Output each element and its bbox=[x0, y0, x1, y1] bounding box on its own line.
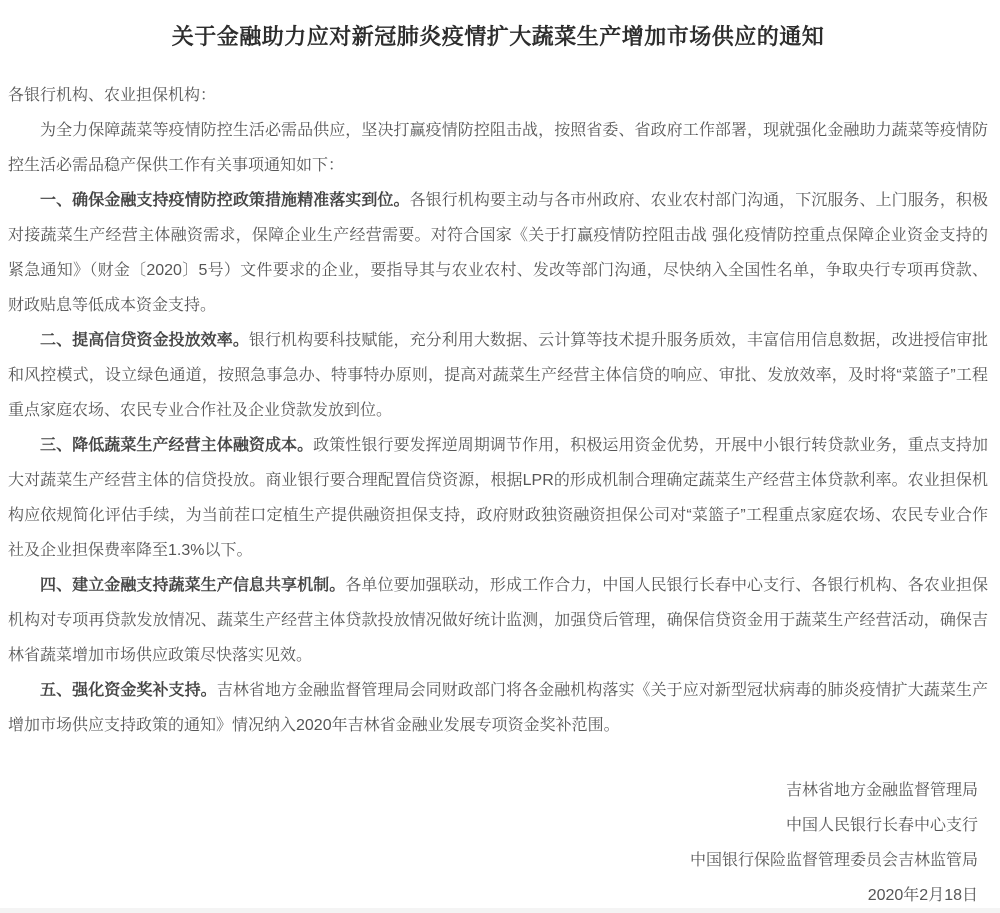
section-5: 五、强化资金奖补支持。吉林省地方金融监督管理局会同财政部门将各金融机构落实《关于… bbox=[8, 673, 988, 743]
signature-line-3: 中国银行保险监督管理委员会吉林监管局 bbox=[8, 843, 978, 878]
signature-line-2: 中国人民银行长春中心支行 bbox=[8, 808, 978, 843]
section-4-heading: 四、建立金融支持蔬菜生产信息共享机制。 bbox=[40, 577, 345, 594]
section-5-heading: 五、强化资金奖补支持。 bbox=[40, 682, 217, 699]
section-3-body: 政策性银行要发挥逆周期调节作用，积极运用资金优势，开展中小银行转贷款业务，重点支… bbox=[8, 437, 988, 559]
section-1: 一、确保金融支持疫情防控政策措施精准落实到位。各银行机构要主动与各市州政府、农业… bbox=[8, 183, 988, 323]
signature-line-1: 吉林省地方金融监督管理局 bbox=[8, 773, 978, 808]
document-title: 关于金融助力应对新冠肺炎疫情扩大蔬菜生产增加市场供应的通知 bbox=[48, 22, 948, 52]
section-2-heading: 二、提高信贷资金投放效率。 bbox=[40, 332, 249, 349]
page-bottom-edge bbox=[0, 908, 1000, 913]
section-3-heading: 三、降低蔬菜生产经营主体融资成本。 bbox=[40, 437, 313, 454]
section-1-body: 各银行机构要主动与各市州政府、农业农村部门沟通，下沉服务、上门服务，积极对接蔬菜… bbox=[8, 192, 988, 314]
section-4: 四、建立金融支持蔬菜生产信息共享机制。各单位要加强联动，形成工作合力，中国人民银… bbox=[8, 568, 988, 673]
notice-document: 关于金融助力应对新冠肺炎疫情扩大蔬菜生产增加市场供应的通知 各银行机构、农业担保… bbox=[0, 0, 1000, 913]
section-2: 二、提高信贷资金投放效率。银行机构要科技赋能，充分利用大数据、云计算等技术提升服… bbox=[8, 323, 988, 428]
signature-block: 吉林省地方金融监督管理局 中国人民银行长春中心支行 中国银行保险监督管理委员会吉… bbox=[8, 773, 988, 913]
section-3: 三、降低蔬菜生产经营主体融资成本。政策性银行要发挥逆周期调节作用，积极运用资金优… bbox=[8, 428, 988, 568]
section-1-heading: 一、确保金融支持疫情防控政策措施精准落实到位。 bbox=[40, 192, 410, 209]
salutation: 各银行机构、农业担保机构： bbox=[8, 78, 988, 113]
intro-paragraph: 为全力保障蔬菜等疫情防控生活必需品供应，坚决打赢疫情防控阻击战，按照省委、省政府… bbox=[8, 113, 988, 183]
